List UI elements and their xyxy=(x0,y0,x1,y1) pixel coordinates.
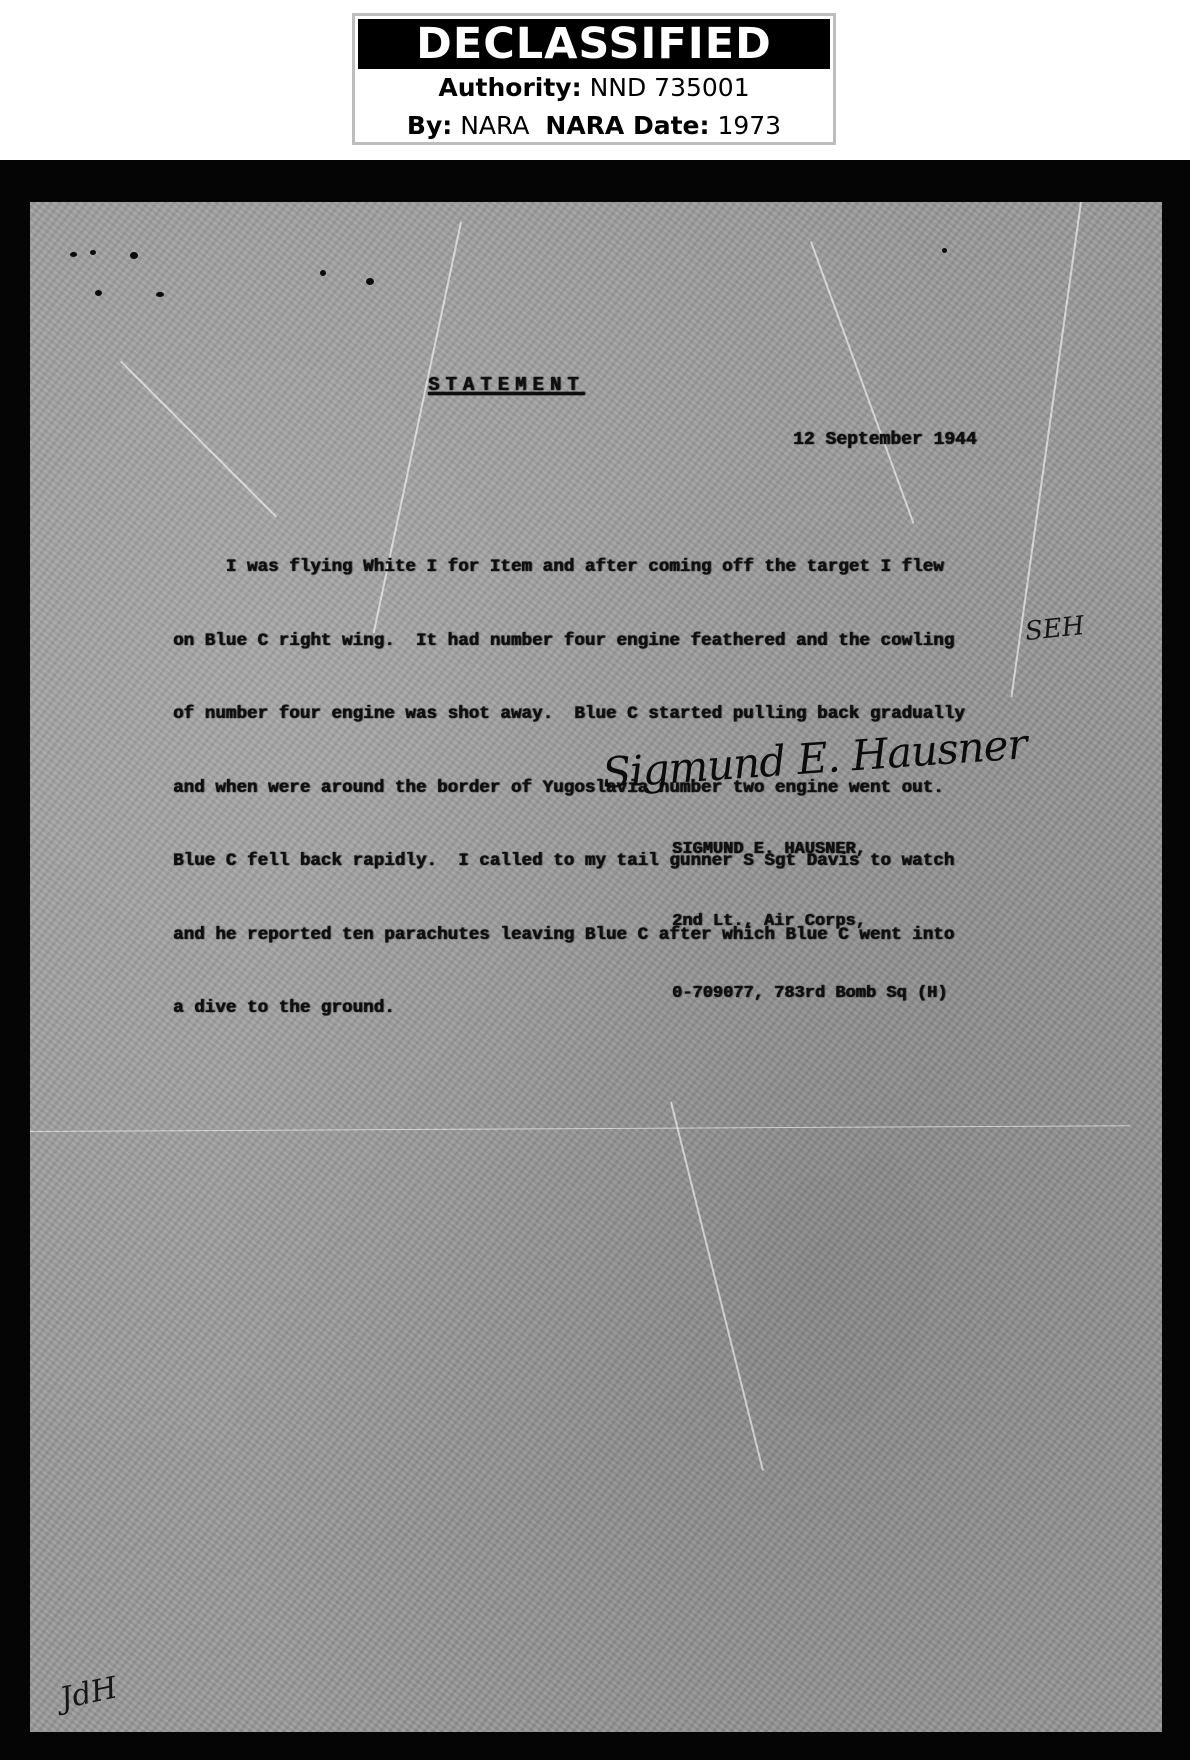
document-page: STATEMENT 12 September 1944 I was flying… xyxy=(30,202,1162,1732)
ink-speck xyxy=(90,250,96,255)
stamp-title: DECLASSIFIED xyxy=(358,19,830,69)
margin-annotation: SEH xyxy=(1024,611,1086,647)
signer-unit: 0-709077, 783rd Bomb Sq (H) xyxy=(672,982,947,1006)
scan-frame: STATEMENT 12 September 1944 I was flying… xyxy=(0,160,1190,1760)
ink-speck xyxy=(95,290,102,296)
scratch-mark xyxy=(670,1102,764,1471)
corner-initials: JdH xyxy=(57,1670,120,1716)
signer-rank: 2nd Lt., Air Corps, xyxy=(672,910,947,934)
ink-speck xyxy=(70,252,77,257)
scratch-mark xyxy=(810,241,914,524)
ink-speck xyxy=(366,278,374,285)
body-line: of number four engine was shot away. Blu… xyxy=(173,702,1073,727)
date-label: NARA Date: xyxy=(545,111,709,140)
by-value: NARA xyxy=(460,111,529,140)
signature-block: SIGMUND E. HAUSNER, 2nd Lt., Air Corps, … xyxy=(672,790,947,1054)
declassified-stamp: DECLASSIFIED Authority: NND 735001 By: N… xyxy=(352,13,836,145)
ink-speck xyxy=(942,248,947,253)
date-value: 1973 xyxy=(717,111,781,140)
ink-speck xyxy=(130,252,138,259)
ink-speck xyxy=(156,292,164,297)
stamp-by-date: By: NARA NARA Date: 1973 xyxy=(355,107,833,145)
by-label: By: xyxy=(407,111,452,140)
statement-heading: STATEMENT xyxy=(428,374,585,396)
stamp-authority: Authority: NND 735001 xyxy=(355,69,833,107)
scratch-mark xyxy=(30,1125,1130,1132)
scratch-mark xyxy=(120,361,277,518)
body-line: I was flying White I for Item and after … xyxy=(173,555,1073,580)
statement-date: 12 September 1944 xyxy=(793,430,977,450)
authority-value: NND 735001 xyxy=(590,73,750,102)
authority-label: Authority: xyxy=(438,73,581,102)
body-line: on Blue C right wing. It had number four… xyxy=(173,629,1073,654)
ink-speck xyxy=(320,270,326,276)
signer-name: SIGMUND E. HAUSNER, xyxy=(672,838,947,862)
